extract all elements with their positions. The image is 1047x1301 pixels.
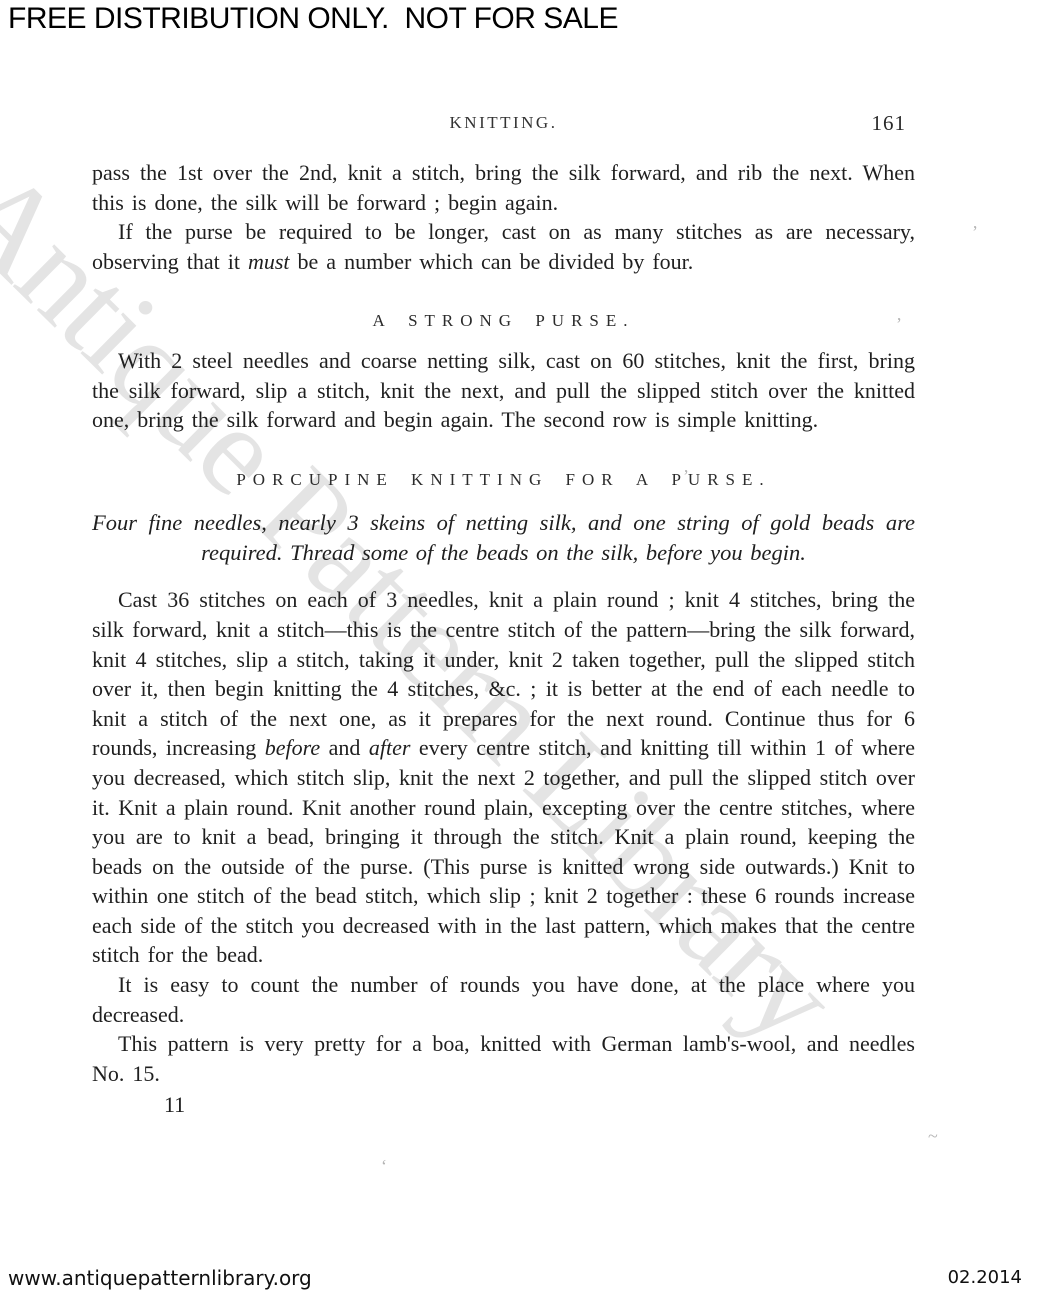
scan-artifact: ’ (972, 222, 978, 243)
materials-note: Four fine needles, nearly 3 skeins of ne… (92, 508, 915, 568)
signature-mark: 11 (92, 1090, 915, 1120)
scan-artifact: ‘ (381, 1156, 387, 1177)
running-head: KNITTING. 161 (92, 113, 915, 133)
paragraph-continuation: pass the 1st over the 2nd, knit a stitch… (92, 158, 915, 217)
paragraph-longer-purse: If the purse be required to be longer, c… (92, 217, 915, 276)
distribution-banner: FREE DISTRIBUTION ONLY. NOT FOR SALE (8, 2, 618, 36)
chapter-title: KNITTING. (92, 113, 915, 133)
scan-artifact: ’ (683, 466, 689, 487)
section-heading-porcupine: PORCUPINE KNITTING FOR A PURSE. (92, 465, 915, 495)
paragraph-count-rounds: It is easy to count the number of rounds… (92, 970, 915, 1029)
footer-date: 02.2014 (948, 1267, 1022, 1288)
text-block: pass the 1st over the 2nd, knit a stitch… (92, 158, 915, 1120)
scan-artifact: ~ (928, 1126, 938, 1147)
paragraph-porcupine-instructions: Cast 36 stitches on each of 3 needles, k… (92, 585, 915, 970)
footer-site-url: www.antiquepatternlibrary.org (8, 1266, 312, 1290)
page-number: 161 (872, 111, 907, 136)
scan-artifact: ’ (896, 314, 902, 335)
section-heading-strong-purse: A STRONG PURSE. (92, 306, 915, 336)
paragraph-strong-purse: With 2 steel needles and coarse netting … (92, 346, 915, 435)
paragraph-boa-note: This pattern is very pretty for a boa, k… (92, 1029, 915, 1088)
